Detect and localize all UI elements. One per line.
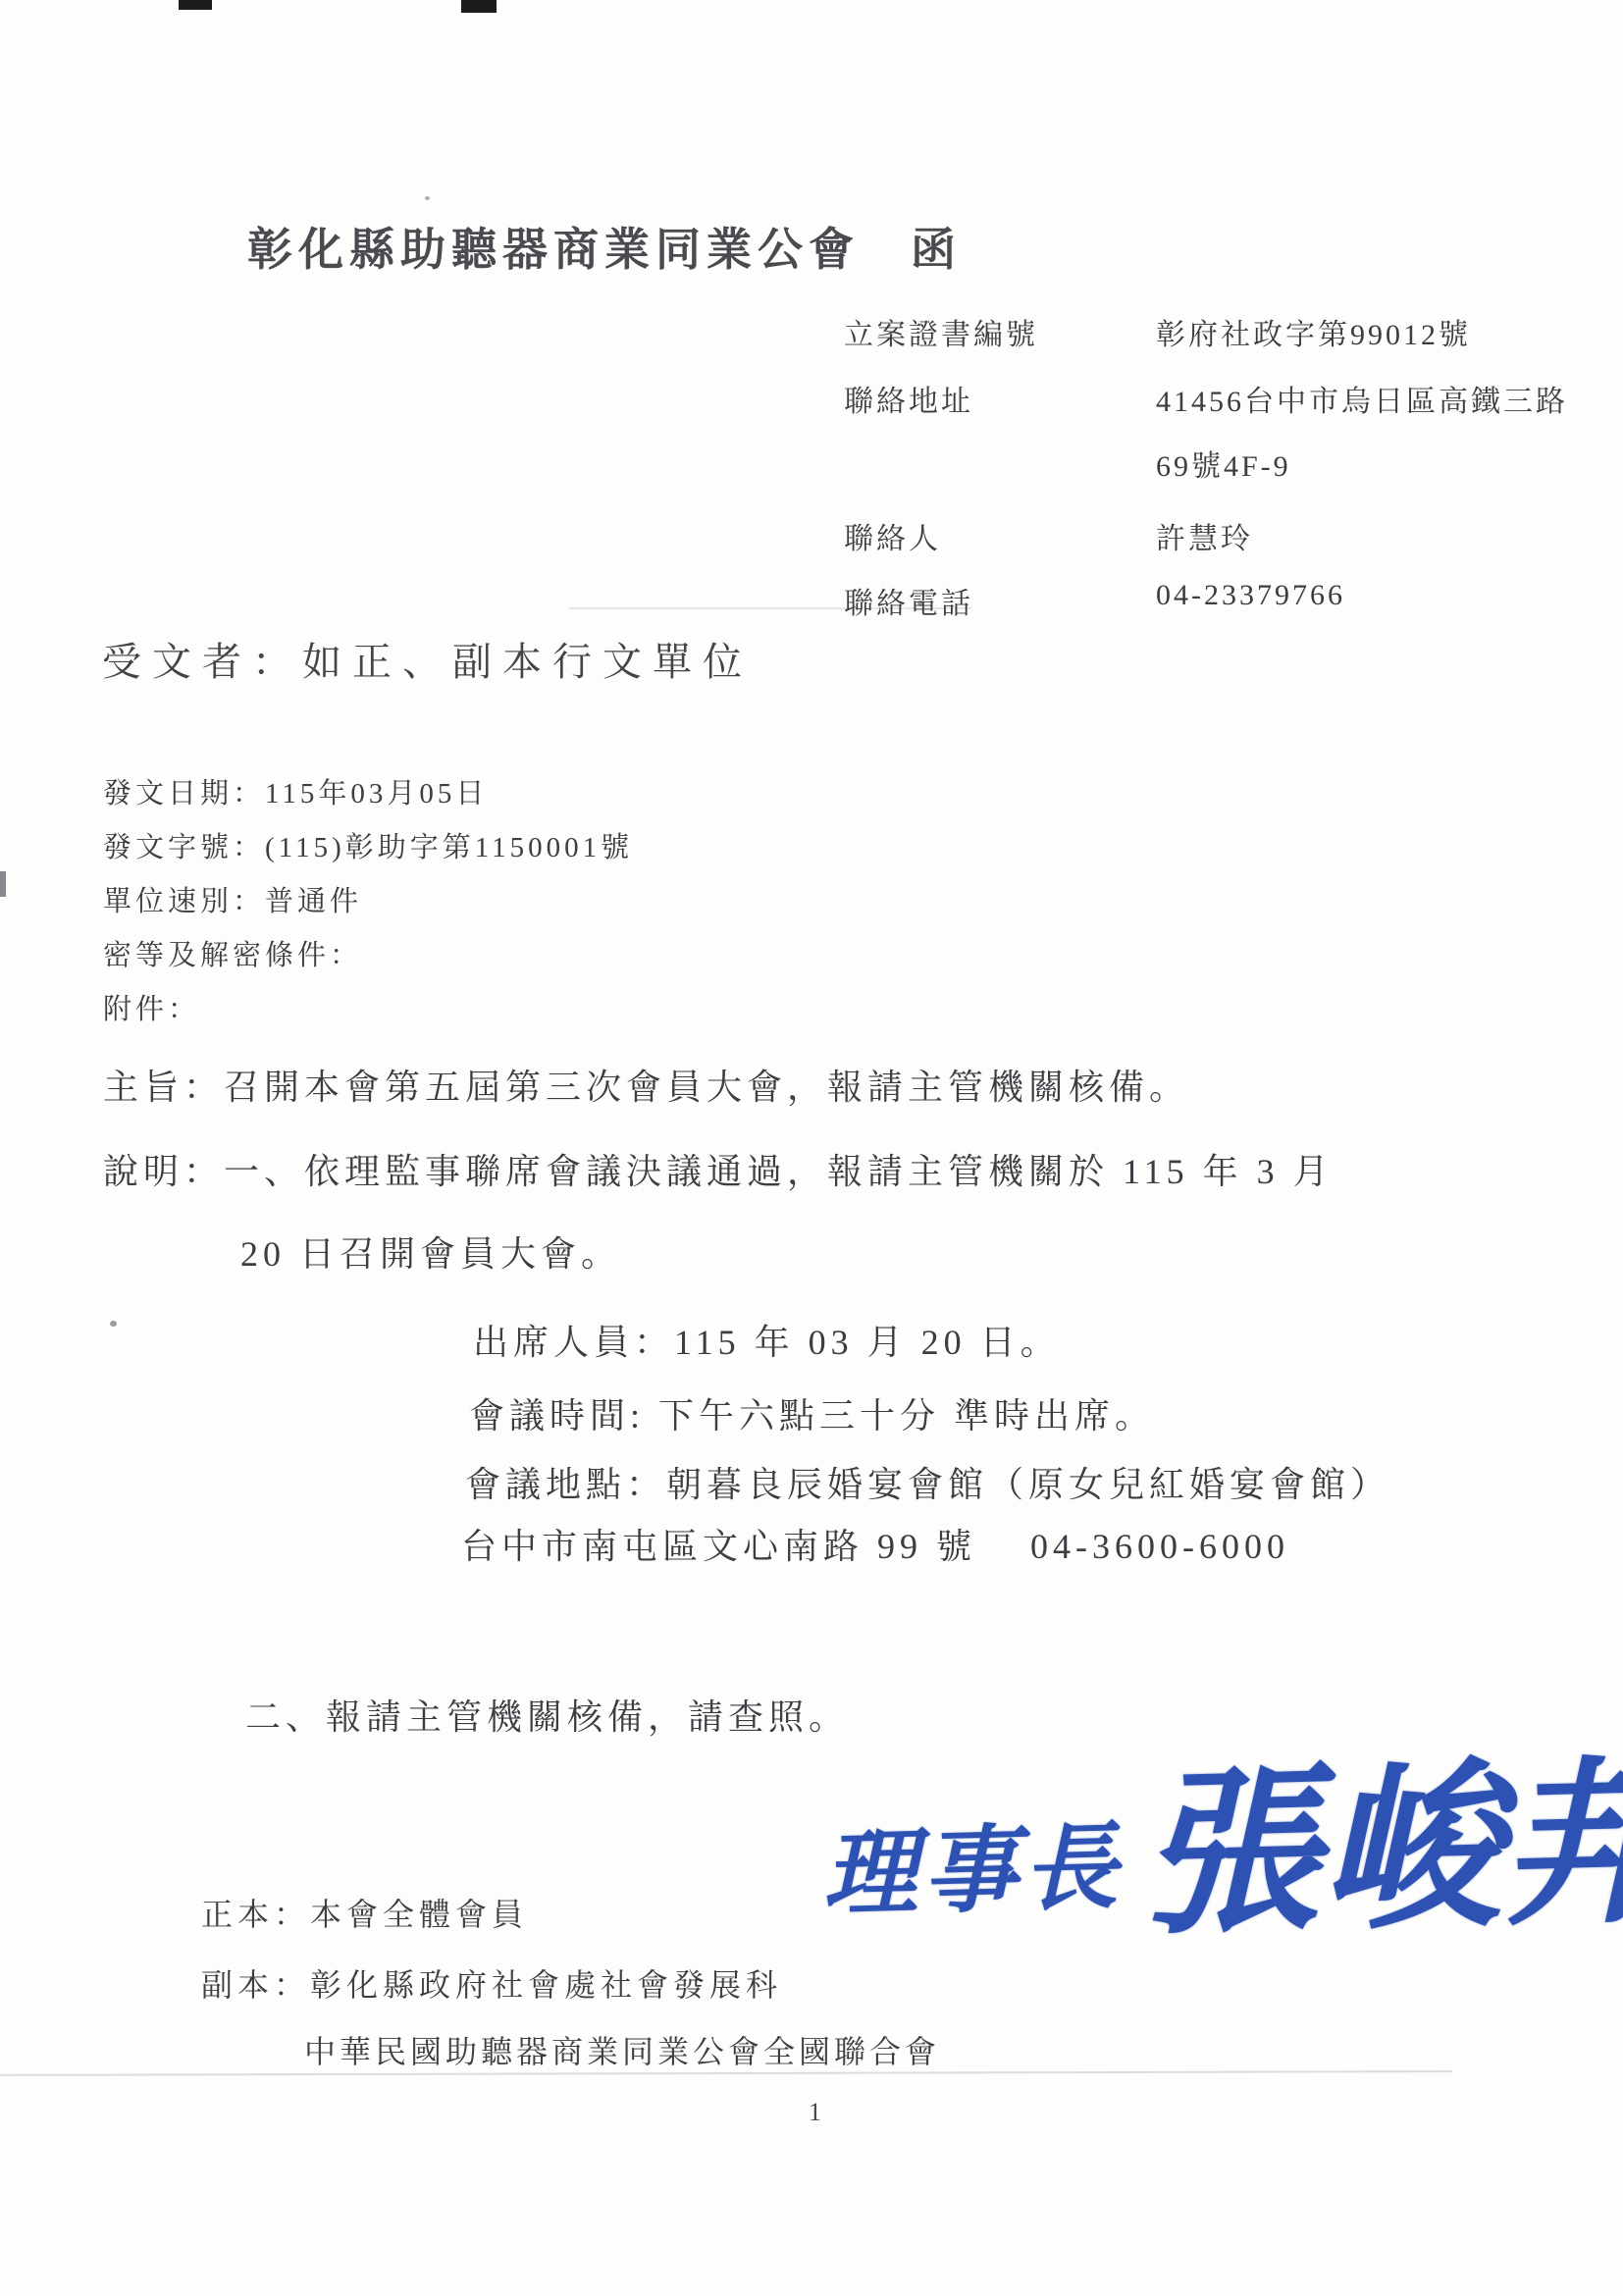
- meta-doc-number: 發文字號：(115)彰助字第1150001號: [103, 825, 633, 865]
- page-number: 1: [809, 2098, 821, 2127]
- meeting-time-line: 會議時間: 下午六點三十分 準時出席。: [469, 1388, 1155, 1438]
- meeting-location-line1: 會議地點：朝暮良辰婚宴會館（原女兒紅婚宴會館）: [465, 1457, 1390, 1507]
- meta-security-class: 密等及解密條件：: [103, 933, 362, 973]
- contact-address-label: 聯絡地址: [844, 377, 1156, 420]
- license-number-label: 立案證書編號: [844, 310, 1156, 353]
- cc-copy-line2: 中華民國助聽器商業同業公會全國聯合會: [304, 2027, 940, 2072]
- scan-dot-3: [110, 1321, 117, 1327]
- scan-dot-1: [425, 196, 430, 200]
- address-wrap-spacer: [844, 442, 1156, 485]
- meta-speed-class: 單位速別：普通件: [103, 879, 362, 919]
- explanation-item2-line: 二、報請主管機關核備，請查照。: [245, 1690, 849, 1740]
- chairman-title-stamp: 理事長: [820, 1792, 1124, 1934]
- original-copy-line: 正本：本會全體會員: [201, 1890, 528, 1935]
- org-info-row-contact: 聯絡人 許慧玲: [844, 514, 1568, 557]
- contact-phone-label: 聯絡電話: [844, 579, 1156, 622]
- explanation-item1-line1: 說明：一、依理監事聯席會議決議通過，報請主管機關於 115 年 3 月: [103, 1144, 1334, 1194]
- contact-person-label: 聯絡人: [844, 514, 1156, 557]
- contact-address-value: 41456台中市烏日區高鐵三路: [1156, 377, 1568, 420]
- org-info-row-license: 立案證書編號 彰府社政字第99012號: [844, 310, 1568, 353]
- recipient-line: 受文者：如正、副本行文單位: [102, 631, 753, 687]
- scan-mark-top-mid: [461, 0, 497, 13]
- scan-mark-top-left: [179, 0, 212, 10]
- explanation-item1-line2: 20 日召開會員大會。: [240, 1226, 621, 1277]
- chairman-stamp: 理事長 張峻邦: [820, 1755, 1623, 1957]
- subject-line: 主旨：召開本會第五屆第三次會員大會，報請主管機關核備。: [103, 1060, 1189, 1110]
- org-info-row-phone: 聯絡電話 04-23379766: [844, 579, 1568, 622]
- contact-address-value-line2: 69號4F-9: [1156, 442, 1291, 485]
- meeting-location-line2: 台中市南屯區文心南路 99 號 04-3600-6000: [461, 1519, 1289, 1569]
- meta-attachment: 附件：: [103, 987, 200, 1027]
- scan-mark-left-edge: [0, 871, 6, 897]
- meeting-attendees-line: 出席人員：115 年 03 月 20 日。: [473, 1315, 1061, 1365]
- license-number-value: 彰府社政字第99012號: [1156, 310, 1471, 353]
- chairman-name-signature: 張峻邦: [1138, 1755, 1623, 1948]
- org-info-row-address: 聯絡地址 41456台中市烏日區高鐵三路: [844, 377, 1568, 420]
- meta-issue-date: 發文日期：115年03月05日: [103, 771, 488, 811]
- contact-person-value: 許慧玲: [1156, 514, 1253, 557]
- org-info-row-address2: 69號4F-9: [844, 442, 1568, 485]
- org-info-block: 立案證書編號 彰府社政字第99012號 聯絡地址 41456台中市烏日區高鐵三路…: [844, 310, 1568, 622]
- cc-copy-line: 副本：彰化縣政府社會處社會發展科: [201, 1960, 782, 2006]
- scanned-letter-page: 彰化縣助聽器商業同業公會 函 立案證書編號 彰府社政字第99012號 聯絡地址 …: [0, 0, 1623, 2296]
- letter-title: 彰化縣助聽器商業同業公會 函: [247, 214, 962, 279]
- contact-phone-value: 04-23379766: [1156, 579, 1345, 622]
